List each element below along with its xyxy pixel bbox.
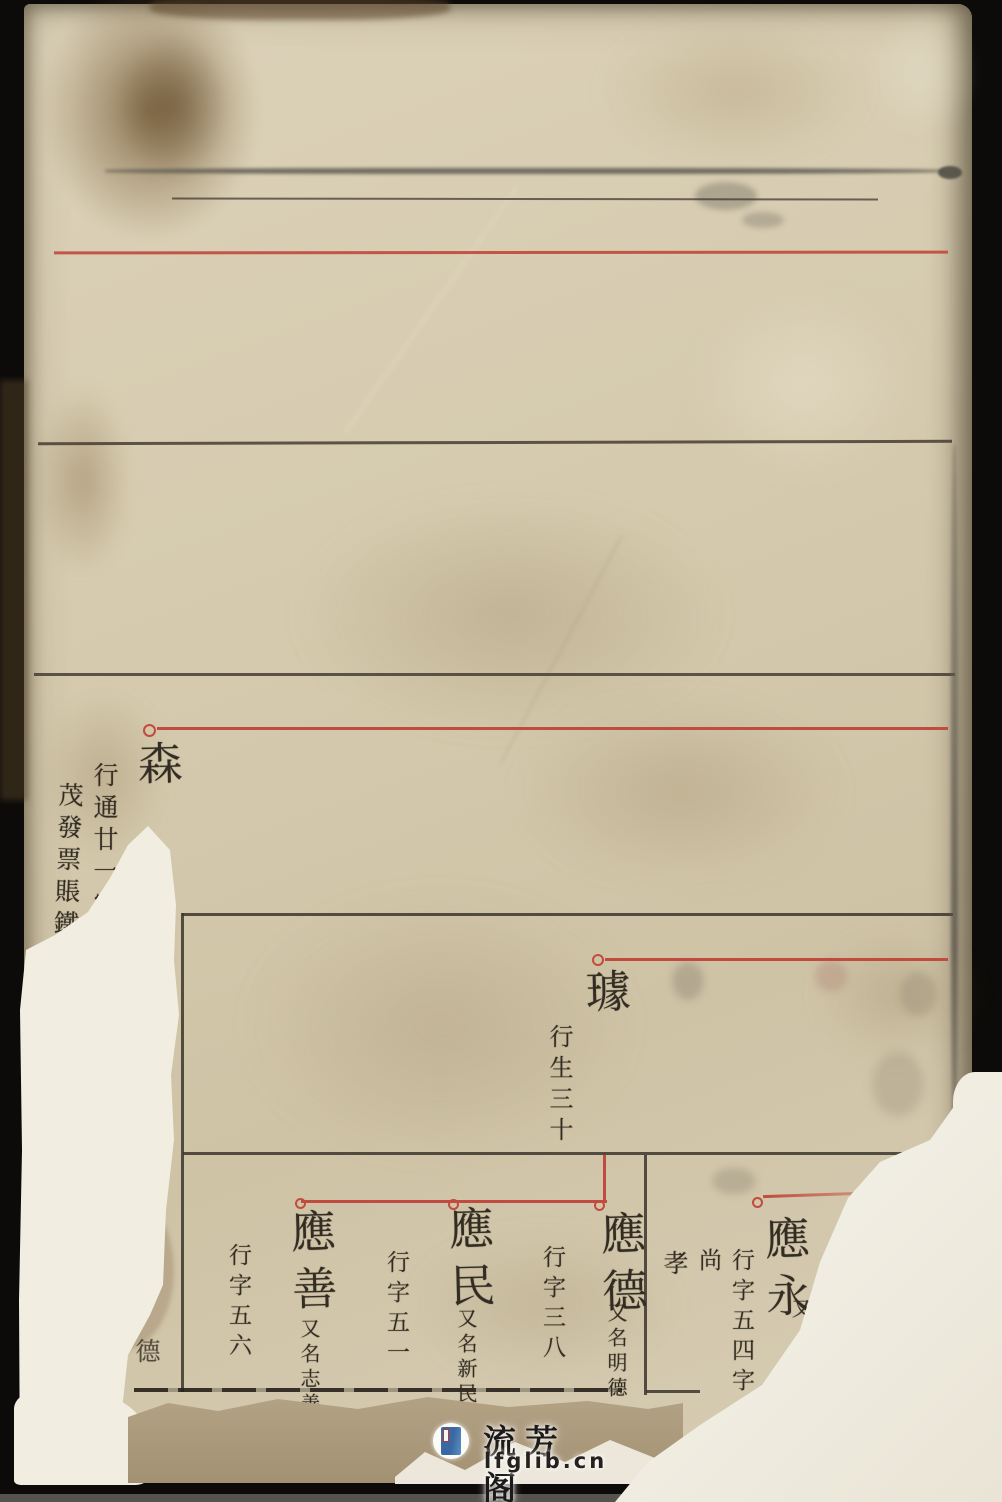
pale-patch-top-right	[865, 8, 975, 138]
gray-rule-line	[105, 168, 945, 174]
smudge-mark	[742, 212, 784, 228]
bleed-mark	[872, 1052, 924, 1116]
stain-top-edge	[150, 0, 450, 20]
gen2-rank-note: 行生三十	[542, 1024, 577, 1169]
red-branch-ring-gen1	[143, 724, 156, 737]
gen2-name: 璩	[571, 967, 638, 1039]
smudge-mark	[695, 182, 757, 210]
gen3-rank-yingmin: 行字五一	[380, 1250, 413, 1380]
watermark-logo-circle	[433, 1423, 469, 1459]
gray-right-border	[951, 445, 958, 1163]
border-tint	[0, 380, 28, 800]
gray-rule-end-blob	[938, 166, 962, 179]
red-ring-yingyong	[752, 1197, 763, 1208]
scanned-genealogy-page: 森 行通廿一字者 茂發票賬鐵授 璩 行生三十 應善 又名志善 行字五六 應民 又…	[0, 0, 1002, 1502]
watermark-site-url: lfglib.cn	[484, 1449, 624, 1473]
gen1-name: 森	[123, 739, 190, 811]
gen3-rank-yingde: 行字三八	[536, 1245, 569, 1375]
bleed-mark	[815, 960, 847, 992]
red-ring-yingde	[594, 1200, 605, 1211]
red-descent-line	[603, 1155, 606, 1203]
red-branch-line-gen1	[157, 727, 948, 730]
bleed-mark	[712, 1168, 756, 1194]
red-branch-ring-gen2	[592, 954, 604, 966]
stain-center-right	[515, 695, 845, 885]
black-box-top	[182, 913, 953, 916]
gen3-rank-yingshan: 行字五六	[222, 1243, 255, 1373]
light-patch-right	[690, 290, 920, 480]
book-icon	[441, 1427, 461, 1455]
gen3-rank-yingyong: 行字五四字尚	[692, 1248, 758, 1403]
column-marker-xiao: 孝	[656, 1250, 692, 1275]
book-label	[443, 1429, 449, 1442]
bleed-mark	[900, 972, 936, 1016]
gen3-alias-yingde: 又名明德	[602, 1302, 631, 1412]
black-rule-3	[34, 673, 955, 676]
stain-top-right	[600, 15, 870, 165]
black-bottom-rule	[134, 1388, 622, 1392]
bleed-mark	[672, 962, 704, 1000]
stain-top-left-core	[115, 30, 230, 180]
red-branch-line-gen2	[605, 958, 948, 961]
stain-left-edge	[35, 385, 130, 575]
